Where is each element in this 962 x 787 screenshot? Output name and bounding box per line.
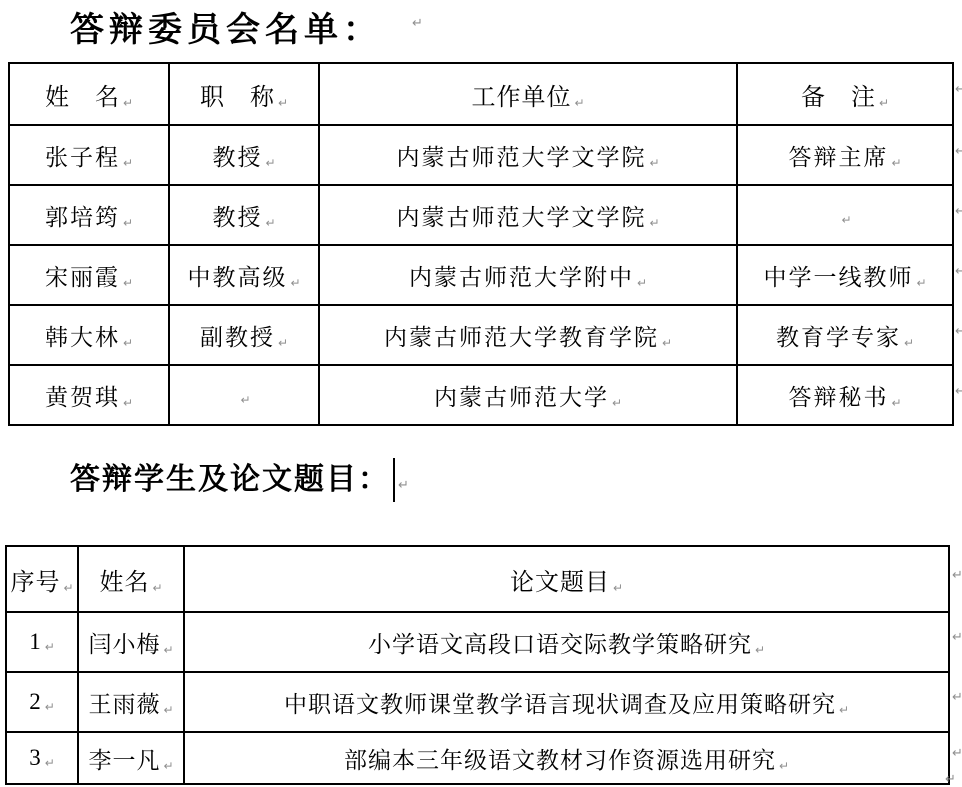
cell-unit[interactable]: 内蒙古师范大学文学院↵ [319,125,737,185]
header-student-name-text: 姓名 [99,570,149,596]
cell-note[interactable]: 答辩秘书↵ [737,365,953,425]
cell-text: 答辩秘书 [788,385,888,410]
paragraph-mark-icon: ↵ [841,213,851,227]
cell-text: 答辩主席 [788,145,888,170]
cell-unit[interactable]: 内蒙古师范大学附中↵ [319,245,737,305]
text-cursor [393,458,395,502]
cell-student-name[interactable]: 王雨薇↵ [78,672,184,732]
student-row: 3↵ 李一凡↵ 部编本三年级语文教材习作资源选用研究↵ [6,732,949,784]
cell-unit[interactable]: 内蒙古师范大学教育学院↵ [319,305,737,365]
cell-text: 宋丽霞 [45,265,120,290]
cell-name[interactable]: 宋丽霞↵ [9,245,169,305]
student-row: 1↵ 闫小梅↵ 小学语文高段口语交际教学策略研究↵ [6,612,949,672]
paragraph-mark-icon: ↵ [45,756,55,770]
paragraph-mark-icon: ↵ [290,276,300,290]
section-title-committee[interactable]: 答辩委员会名单： [70,2,382,51]
paragraph-mark-icon: ↵ [779,759,789,773]
paragraph-mark-icon: ↵ [278,336,288,350]
header-note[interactable]: 备 注↵ [737,63,953,125]
cell-text: 韩大林 [45,325,120,350]
cell-text: 黄贺琪 [45,385,120,410]
committee-header-row: 姓 名↵ 职 称↵ 工作单位↵ 备 注↵ [9,63,953,125]
cell-text: 部编本三年级语文教材习作资源选用研究 [344,748,776,773]
end-of-row-mark-icon: ↵ [952,690,962,705]
cell-text: 闫小梅 [88,632,160,657]
cell-rank[interactable]: 教授↵ [169,185,319,245]
cell-text: 中学一线教师 [763,265,913,290]
paragraph-mark-icon: ↵ [398,478,409,493]
committee-row: 郭培筠↵ 教授↵ 内蒙古师范大学文学院↵ ↵ [9,185,953,245]
committee-title-text: 答辩委员会名单： [70,12,382,49]
cell-text: 中职语文教师课堂教学语言现状调查及应用策略研究 [284,692,836,717]
end-of-row-mark-icon: ↵ [952,568,962,583]
end-of-row-mark-icon: ↵ [955,204,962,219]
paragraph-mark-icon: ↵ [123,396,133,410]
students-header-row: 序号↵ 姓名↵ 论文题目↵ [6,546,949,612]
cell-name[interactable]: 韩大林↵ [9,305,169,365]
cell-index[interactable]: 1↵ [6,612,78,672]
cell-text: 3 [29,745,42,770]
cell-text: 教育学专家 [776,325,901,350]
end-of-row-mark-icon: ↵ [955,82,962,97]
paragraph-mark-icon: ↵ [662,336,672,350]
cell-student-name[interactable]: 闫小梅↵ [78,612,184,672]
paragraph-mark-icon: ↵ [265,216,275,230]
cell-rank[interactable]: 中教高级↵ [169,245,319,305]
paragraph-mark-icon: ↵ [637,276,647,290]
cell-rank[interactable]: 副教授↵ [169,305,319,365]
cell-note[interactable]: 中学一线教师↵ [737,245,953,305]
end-of-row-mark-icon: ↵ [955,264,962,279]
paragraph-mark-icon: ↵ [123,336,133,350]
header-index-text: 序号 [10,570,60,596]
paragraph-mark-icon: ↵ [123,216,133,230]
paragraph-mark-icon: ↵ [123,276,133,290]
end-of-row-mark-icon: ↵ [952,630,962,645]
cell-text: 2 [29,689,42,714]
cell-index[interactable]: 2↵ [6,672,78,732]
end-of-row-mark-icon: ↵ [952,746,962,761]
committee-row: 黄贺琪↵ ↵ 内蒙古师范大学↵ 答辩秘书↵ [9,365,953,425]
paragraph-mark-icon: ↵ [45,640,55,654]
paragraph-mark-icon: ↵ [755,643,765,657]
committee-row: 宋丽霞↵ 中教高级↵ 内蒙古师范大学附中↵ 中学一线教师↵ [9,245,953,305]
header-rank[interactable]: 职 称↵ [169,63,319,125]
committee-table: 姓 名↵ 职 称↵ 工作单位↵ 备 注↵ 张子程↵ 教授↵ 内蒙古师范大学文学院… [8,62,954,426]
cell-name[interactable]: 郭培筠↵ [9,185,169,245]
cell-text: 1 [29,629,42,654]
end-of-row-mark-icon: ↵ [955,384,962,399]
paragraph-mark-icon: ↵ [649,156,659,170]
students-title-text: 答辩学生及论文题目： [70,463,390,496]
paragraph-mark-icon: ↵ [45,700,55,714]
paragraph-mark-icon: ↵ [123,96,133,110]
paragraph-mark-icon: ↵ [649,216,659,230]
header-note-text: 备 注 [801,85,876,111]
paragraph-mark-icon: ↵ [613,581,623,595]
header-unit[interactable]: 工作单位↵ [319,63,737,125]
header-name[interactable]: 姓 名↵ [9,63,169,125]
cell-name[interactable]: 张子程↵ [9,125,169,185]
header-rank-text: 职 称 [200,85,275,111]
header-thesis-title-text: 论文题目 [510,570,610,596]
cell-text: 教授 [212,205,262,230]
cell-text: 内蒙古师范大学教育学院 [384,325,659,350]
cell-text: 内蒙古师范大学附中 [409,265,634,290]
cell-text: 王雨薇 [88,692,160,717]
cell-text: 李一凡 [88,748,160,773]
cell-text: 副教授 [200,325,275,350]
cell-rank[interactable]: ↵ [169,365,319,425]
paragraph-mark-icon: ↵ [574,96,584,110]
header-unit-text: 工作单位 [471,85,571,111]
cell-rank[interactable]: 教授↵ [169,125,319,185]
cell-text: 小学语文高段口语交际教学策略研究 [368,632,752,657]
cell-note[interactable]: 答辩主席↵ [737,125,953,185]
paragraph-mark-icon: ↵ [945,772,956,787]
cell-unit[interactable]: 内蒙古师范大学↵ [319,365,737,425]
paragraph-mark-icon: ↵ [163,759,173,773]
paragraph-mark-icon: ↵ [163,643,173,657]
end-of-row-mark-icon: ↵ [955,324,962,339]
paragraph-mark-icon: ↵ [412,16,423,31]
paragraph-mark-icon: ↵ [879,96,889,110]
committee-row: 韩大林↵ 副教授↵ 内蒙古师范大学教育学院↵ 教育学专家↵ [9,305,953,365]
cell-text: 教授 [212,145,262,170]
paragraph-mark-icon: ↵ [612,396,622,410]
cell-text: 郭培筠 [45,205,120,230]
header-student-name[interactable]: 姓名↵ [78,546,184,612]
section-title-students[interactable]: 答辩学生及论文题目： [70,454,390,498]
cell-unit[interactable]: 内蒙古师范大学文学院↵ [319,185,737,245]
cell-name[interactable]: 黄贺琪↵ [9,365,169,425]
cell-thesis-title[interactable]: 小学语文高段口语交际教学策略研究↵ [184,612,949,672]
header-name-text: 姓 名 [45,85,120,111]
end-of-row-mark-icon: ↵ [955,144,962,159]
cell-text: 张子程 [45,145,120,170]
paragraph-mark-icon: ↵ [152,581,162,595]
paragraph-mark-icon: ↵ [278,96,288,110]
paragraph-mark-icon: ↵ [163,703,173,717]
cell-student-name[interactable]: 李一凡↵ [78,732,184,784]
cell-thesis-title[interactable]: 部编本三年级语文教材习作资源选用研究↵ [184,732,949,784]
student-row: 2↵ 王雨薇↵ 中职语文教师课堂教学语言现状调查及应用策略研究↵ [6,672,949,732]
cell-thesis-title[interactable]: 中职语文教师课堂教学语言现状调查及应用策略研究↵ [184,672,949,732]
cell-text: 内蒙古师范大学 [434,385,609,410]
committee-row: 张子程↵ 教授↵ 内蒙古师范大学文学院↵ 答辩主席↵ [9,125,953,185]
cell-text: 内蒙古师范大学文学院 [396,205,646,230]
paragraph-mark-icon: ↵ [891,396,901,410]
cell-index[interactable]: 3↵ [6,732,78,784]
header-thesis-title[interactable]: 论文题目↵ [184,546,949,612]
paragraph-mark-icon: ↵ [904,336,914,350]
cell-note[interactable]: ↵ [737,185,953,245]
paragraph-mark-icon: ↵ [240,393,250,407]
paragraph-mark-icon: ↵ [63,581,73,595]
students-table: 序号↵ 姓名↵ 论文题目↵ 1↵ 闫小梅↵ 小学语文高段口语交际教学策略研究↵ … [5,545,950,785]
cell-text: 中教高级 [187,265,287,290]
paragraph-mark-icon: ↵ [123,156,133,170]
header-index[interactable]: 序号↵ [6,546,78,612]
paragraph-mark-icon: ↵ [265,156,275,170]
paragraph-mark-icon: ↵ [916,276,926,290]
paragraph-mark-icon: ↵ [891,156,901,170]
cell-note[interactable]: 教育学专家↵ [737,305,953,365]
cell-text: 内蒙古师范大学文学院 [396,145,646,170]
document-canvas[interactable]: 答辩委员会名单： ↵ 姓 名↵ 职 称↵ 工作单位↵ 备 注↵ 张子程↵ 教授↵… [0,0,962,787]
paragraph-mark-icon: ↵ [839,703,849,717]
